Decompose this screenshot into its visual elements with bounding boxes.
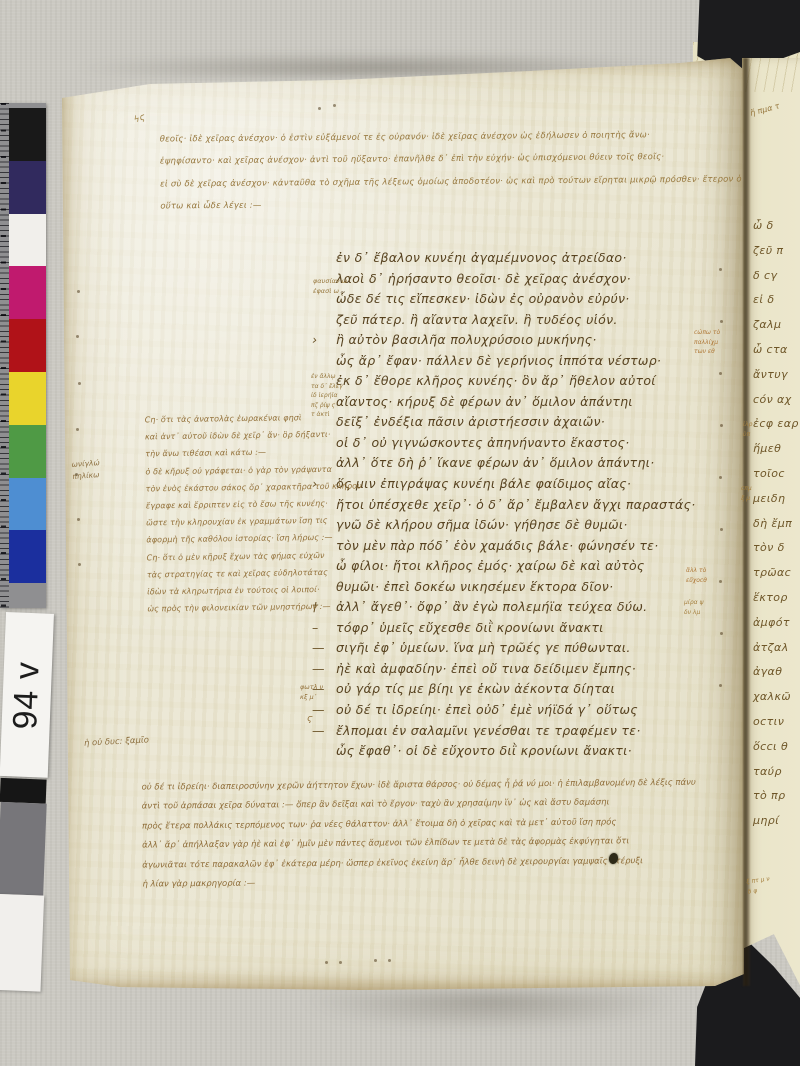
text-line: καὶ ἀντ᾽ αὐτοῦ ἰδὼν δὲ χεῖρ᾽ ἄν· ὃρ δήξα… xyxy=(145,426,345,446)
text-line: θυμῶι· ἐπεὶ δοκέω νικησέμεν ἕκτορα δῖον· xyxy=(336,577,731,598)
wormhole-dot xyxy=(77,518,80,521)
margin-note: φαυσίαν ωἐφασὶ ω xyxy=(313,276,347,297)
text-line: ἐκ δ᾽ ἔθορε κλῆρος κυνέης· ὃν ἄρ᾽ ἤθελον… xyxy=(336,371,731,392)
text-line: αἴαντος· κήρυξ δὲ φέρων ἀν᾽ ὅμιλον ἁπάντ… xyxy=(336,392,731,413)
text-line: †ἀλλ᾽ ἄγεθ᾽· ὄφρ᾽ ἂν ἐγὼ πολεμήϊα τεύχεα… xyxy=(336,597,731,618)
wormhole-dot xyxy=(719,268,722,271)
text-line: ἥμεθ xyxy=(753,437,800,462)
margin-note: ἄλλ τὸεὔχοϲθ xyxy=(686,566,707,585)
text-line: ἕκτορ xyxy=(753,586,800,611)
text-line: ›ὅς μιν ἐπιγράψας κυνέηι βάλε φαίδιμος α… xyxy=(336,474,731,495)
margin-note: φωτλ νκξ μ᾽ xyxy=(300,682,323,703)
left-margin-scholia: Ϲη· ὅτι τὰς ἀνατολὰς ἑωρακέναι φησὶκαὶ ἀ… xyxy=(145,409,348,618)
wormhole-dot xyxy=(76,428,79,431)
text-line: ἤτοι ὑπέσχεθε χεῖρ᾽· ὁ δ᾽ ἄρ᾽ ἔμβαλεν ἄγ… xyxy=(336,495,731,516)
wormhole-dot xyxy=(78,382,81,385)
margin-note: ϲώπω τὸπαλλίχμτων εθ xyxy=(694,328,720,357)
text-line: —σιγῆι ἐφ᾽ ὑμείων. ἵνα μὴ τρῶές γε πύθων… xyxy=(336,638,731,659)
color-calibration-bar xyxy=(9,108,46,583)
line-margin-mark: › xyxy=(312,330,317,351)
color-patch-dark-blue xyxy=(9,530,46,583)
page-gutter-shadow xyxy=(743,58,750,986)
wormhole-dot xyxy=(339,961,342,964)
text-line: τρῶαϲ xyxy=(753,561,800,586)
text-line: ὦ φίλοι· ἤτοι κλῆρος ἐμός· χαίρω δὲ καὶ … xyxy=(336,556,731,577)
text-line: τὸν δ xyxy=(753,536,800,561)
wormhole-dot xyxy=(75,473,78,476)
text-line: ϲόν αχ xyxy=(753,388,800,413)
grayscale-patch-gray xyxy=(0,802,47,896)
text-line: —ἠὲ καὶ ἀμφαδίην· ἐπεὶ οὔ τινα δείδιμεν … xyxy=(336,659,731,680)
text-line: δεῖξ᾽ ἐνδέξια πᾶσιν ἀριστήεσσιν ἀχαιῶν· xyxy=(336,412,731,433)
text-line: τὸν μὲν πὰρ πόδ᾽ ἑὸν χαμάδις βάλε· φώνησ… xyxy=(336,536,731,557)
text-line: δ ϲγ xyxy=(753,264,800,289)
color-patch-green xyxy=(9,425,46,478)
text-line: εἰ δ xyxy=(753,288,800,313)
text-line: χαλκῶ xyxy=(753,685,800,710)
margin-note: ϛ xyxy=(307,712,312,726)
margin-note: μίρα ψδν λμ xyxy=(684,598,703,617)
color-patch-white xyxy=(9,214,46,267)
text-line: ἄντυγ xyxy=(753,363,800,388)
wormhole-dot xyxy=(720,320,723,323)
text-line: ἀμφότ xyxy=(753,611,800,636)
color-patch-dark-violet xyxy=(9,161,46,214)
text-line: ζεῦ π xyxy=(753,239,800,264)
top-margin-scholia: θεοῖς· ἰδὲ χεῖρας ἀνέσχον· ὁ ἐστὶν εὐξάμ… xyxy=(160,123,736,218)
manuscript-page-94v: θεοῖς· ἰδὲ χεῖρας ἀνέσχον· ὁ ἐστὶν εὐξάμ… xyxy=(60,58,744,992)
folio-number-text: 94 v xyxy=(6,660,48,730)
text-line: τοῖοϲ xyxy=(753,462,800,487)
wormhole-dot xyxy=(388,959,391,962)
wormhole-dot xyxy=(720,632,723,635)
text-line: οὕτω καὶ ὧδε λέγει :— xyxy=(160,191,735,218)
text-line: ταύρ xyxy=(753,760,800,785)
margin-note: ἱλρὑπ xyxy=(743,420,752,439)
wormhole-dot xyxy=(720,528,723,531)
text-line: οϲτιν xyxy=(753,710,800,735)
folio-number-label: 94 v xyxy=(0,612,54,778)
margin-note: ωνίγλώπηλίκω xyxy=(71,457,101,483)
text-line: ἡ λίαν γὰρ μακρηγορία :— xyxy=(142,870,727,895)
wormhole-dot xyxy=(78,563,81,566)
line-margin-mark: — xyxy=(312,638,325,659)
text-line: μειδη xyxy=(753,487,800,512)
wormhole-dot xyxy=(76,335,79,338)
line-margin-mark: – xyxy=(312,618,319,639)
wormhole-dot xyxy=(77,290,80,293)
text-line: ὦ ϲτα xyxy=(753,338,800,363)
color-patch-magenta xyxy=(9,266,46,319)
line-margin-mark: — xyxy=(312,721,325,742)
wormhole-dot xyxy=(318,107,321,110)
measurement-ruler xyxy=(0,103,46,608)
text-line: τὸ πρ xyxy=(753,784,800,809)
text-line: γνῶ δὲ κλήρου σῆμα ἰδών· γήθησε δὲ θυμῶι… xyxy=(336,515,731,536)
text-line: ἀγαθ xyxy=(753,660,800,685)
text-line: ζεῦ πάτερ. ἢ αἴαντα λαχεῖν. ἢ τυδέος υἱό… xyxy=(336,310,731,331)
text-line: ὅϲϲι θ xyxy=(753,735,800,760)
color-patch-black xyxy=(9,108,46,161)
color-patch-light-blue xyxy=(9,478,46,531)
text-line: ὦς ἄρ᾽ ἔφαν· πάλλεν δὲ γερήνιος ἱππότα ν… xyxy=(336,351,731,372)
text-line: ἐϲφ εαρ xyxy=(753,412,800,437)
line-margin-mark: — xyxy=(312,700,325,721)
line-margin-mark: — xyxy=(312,659,325,680)
color-patch-red xyxy=(9,319,46,372)
wormhole-dot xyxy=(374,959,377,962)
wormhole-dot xyxy=(719,476,722,479)
wormhole-dot xyxy=(719,684,722,687)
text-line: λαοὶ δ᾽ ἠρήσαντο θεοῖσι· δὲ χεῖρας ἀνέσχ… xyxy=(336,269,731,290)
page-cast-shadow xyxy=(300,992,680,1032)
text-line: —οὐ δέ τι ἰδρείηι· ἐπεὶ οὐδ᾽ ἐμὲ νήϊδά γ… xyxy=(336,700,731,721)
text-line: —οὐ γάρ τίς με βίηι γε ἑκὼν ἀέκοντα δίητ… xyxy=(336,679,731,700)
grayscale-patch-white xyxy=(0,894,44,992)
main-text-iliad: ἐν δ᾽ ἔβαλον κυνέηι ἀγαμέμνονος ἀτρείδαο… xyxy=(336,248,731,762)
text-line: ζαλμ xyxy=(753,313,800,338)
wormhole-dot xyxy=(325,961,328,964)
facing-page-edge: ὦ δζεῦ πδ ϲγεἰ δζαλμὦ ϲταἄντυγϲόν αχἐϲφ … xyxy=(742,58,800,990)
wormhole-dot xyxy=(719,372,722,375)
facing-page-text-fragments: ὦ δζεῦ πδ ϲγεἰ δζαλμὦ ϲταἄντυγϲόν αχἐϲφ … xyxy=(753,214,800,834)
bottom-margin-scholia: οὐ δέ τι ἰδρείηι· διαπειροσύνην χερῶν ἀή… xyxy=(142,773,728,895)
wormhole-dot xyxy=(720,424,723,427)
text-line: δὴ ἔμπ xyxy=(753,512,800,537)
text-line: ἐν δ᾽ ἔβαλον κυνέηι ἀγαμέμνονος ἀτρείδαο… xyxy=(336,248,731,269)
text-line: ἀτζαλ xyxy=(753,636,800,661)
text-line: –τόφρ᾽ ὑμεῖς εὔχεσθε διῒ κρονίωνι ἄνακτι xyxy=(336,618,731,639)
text-line: ὦ δ xyxy=(753,214,800,239)
text-line: ὧδε δέ τις εἴπεσκεν· ἰδὼν ἐς οὐρανὸν εὐρ… xyxy=(336,289,731,310)
text-line: —ἔλπομαι ἐν σαλαμῖνι γενέσθαι τε τραφέμε… xyxy=(336,721,731,742)
text-line: οἱ δ᾽ οὐ γιγνώσκοντες ἀπηνήναντο ἕκαστος… xyxy=(336,433,731,454)
margin-note: ξ πτ μ νδ φ xyxy=(746,874,772,896)
margin-note: ἐν ἄλλῳτα δ᾽ ἔλεγἰδ ἱερήϊαπζ ῥίψ ϛτ ἀκτὶ xyxy=(311,372,343,420)
color-patch-yellow xyxy=(9,372,46,425)
margin-note: ϲπμξ μ xyxy=(741,484,752,503)
grayscale-patch-black xyxy=(0,778,47,804)
wormhole-dot xyxy=(333,104,336,107)
text-line: μηρί xyxy=(753,809,800,834)
text-line: ›ἢ αὐτὸν βασιλῆα πολυχρύσοιο μυκήνης· xyxy=(336,330,731,351)
text-line: ὡς πρὸς τὴν φιλονεικίαν τῶν μνηστήρων :— xyxy=(147,598,347,618)
text-line: ὦς ἔφαθ᾽· οἱ δὲ εὔχοντο διῒ κρονίωνι ἄνα… xyxy=(336,741,731,762)
text-line: ἀλλ᾽ ὅτε δὴ ῥ᾽ ἵκανε φέρων ἀν᾽ ὅμιλον ἁπ… xyxy=(336,453,731,474)
wormhole-dot xyxy=(719,580,722,583)
